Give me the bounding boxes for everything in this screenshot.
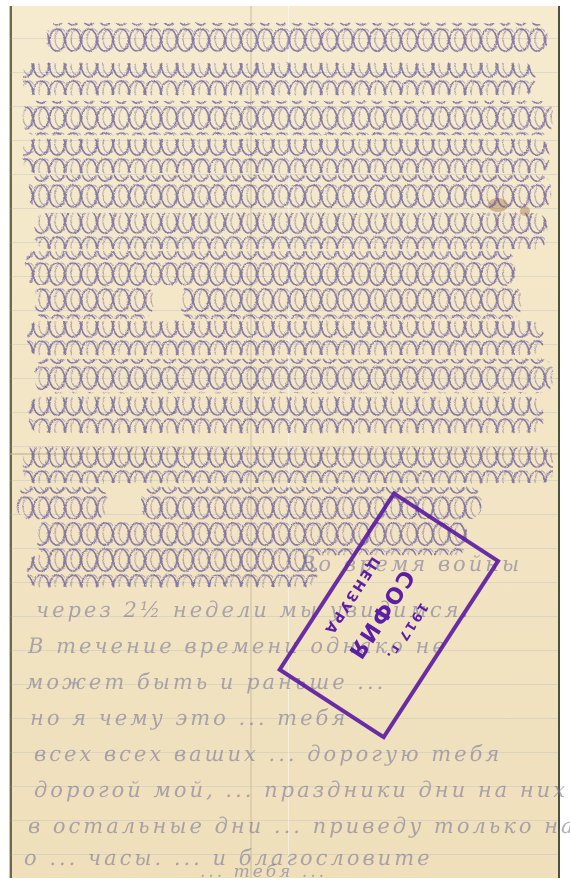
- handwritten-line: дорогой мой, ... праздники дни на них: [34, 778, 568, 802]
- handwritten-line: ... тебя ...: [200, 862, 327, 882]
- handwritten-line: в остальные дни ... приведу только на: [28, 814, 570, 838]
- handwritten-line: но я чему это ... тебя: [30, 706, 348, 730]
- handwritten-line: всех всех ваших ... дорогую тебя: [34, 742, 502, 766]
